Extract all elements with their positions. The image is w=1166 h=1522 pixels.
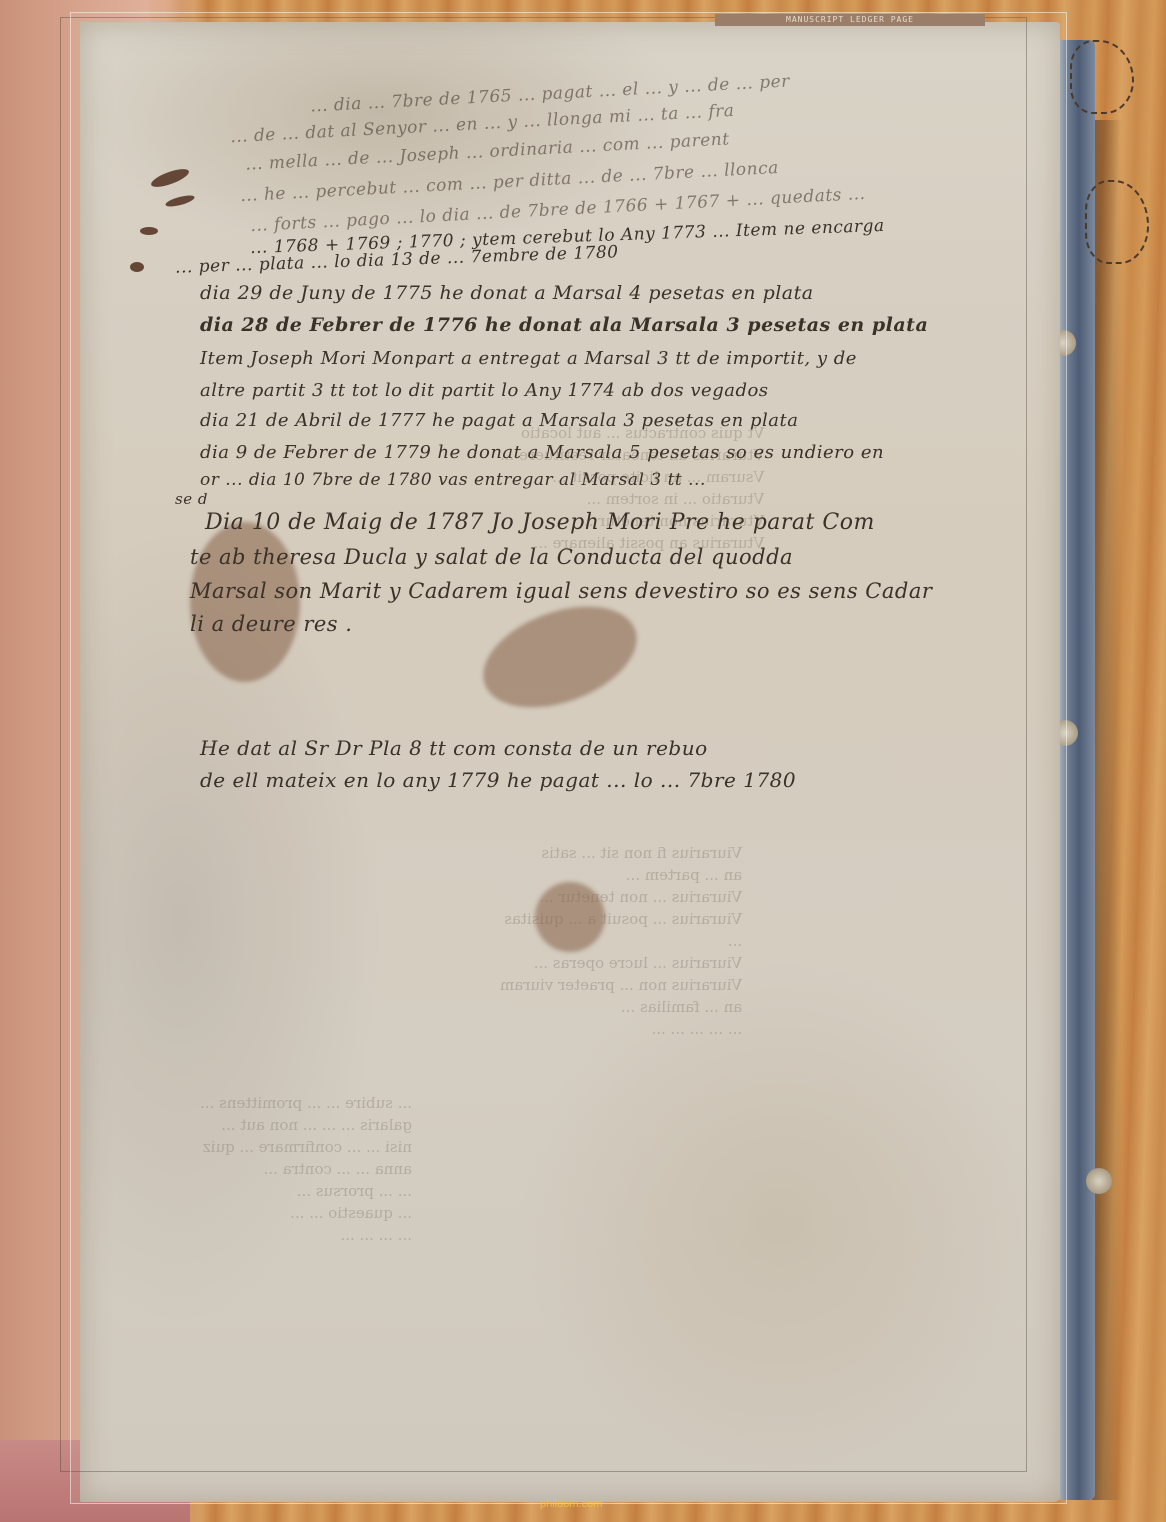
plastic-sleeve (70, 12, 1067, 1504)
watermark: phildom.com (540, 1498, 602, 1510)
loose-binding-thread (1070, 40, 1134, 114)
spine-binding-knot (1086, 1168, 1112, 1194)
sleeve-label-strip: MANUSCRIPT LEDGER PAGE (715, 14, 985, 26)
loose-binding-thread (1085, 180, 1149, 264)
spine-shadow (1092, 120, 1122, 1500)
